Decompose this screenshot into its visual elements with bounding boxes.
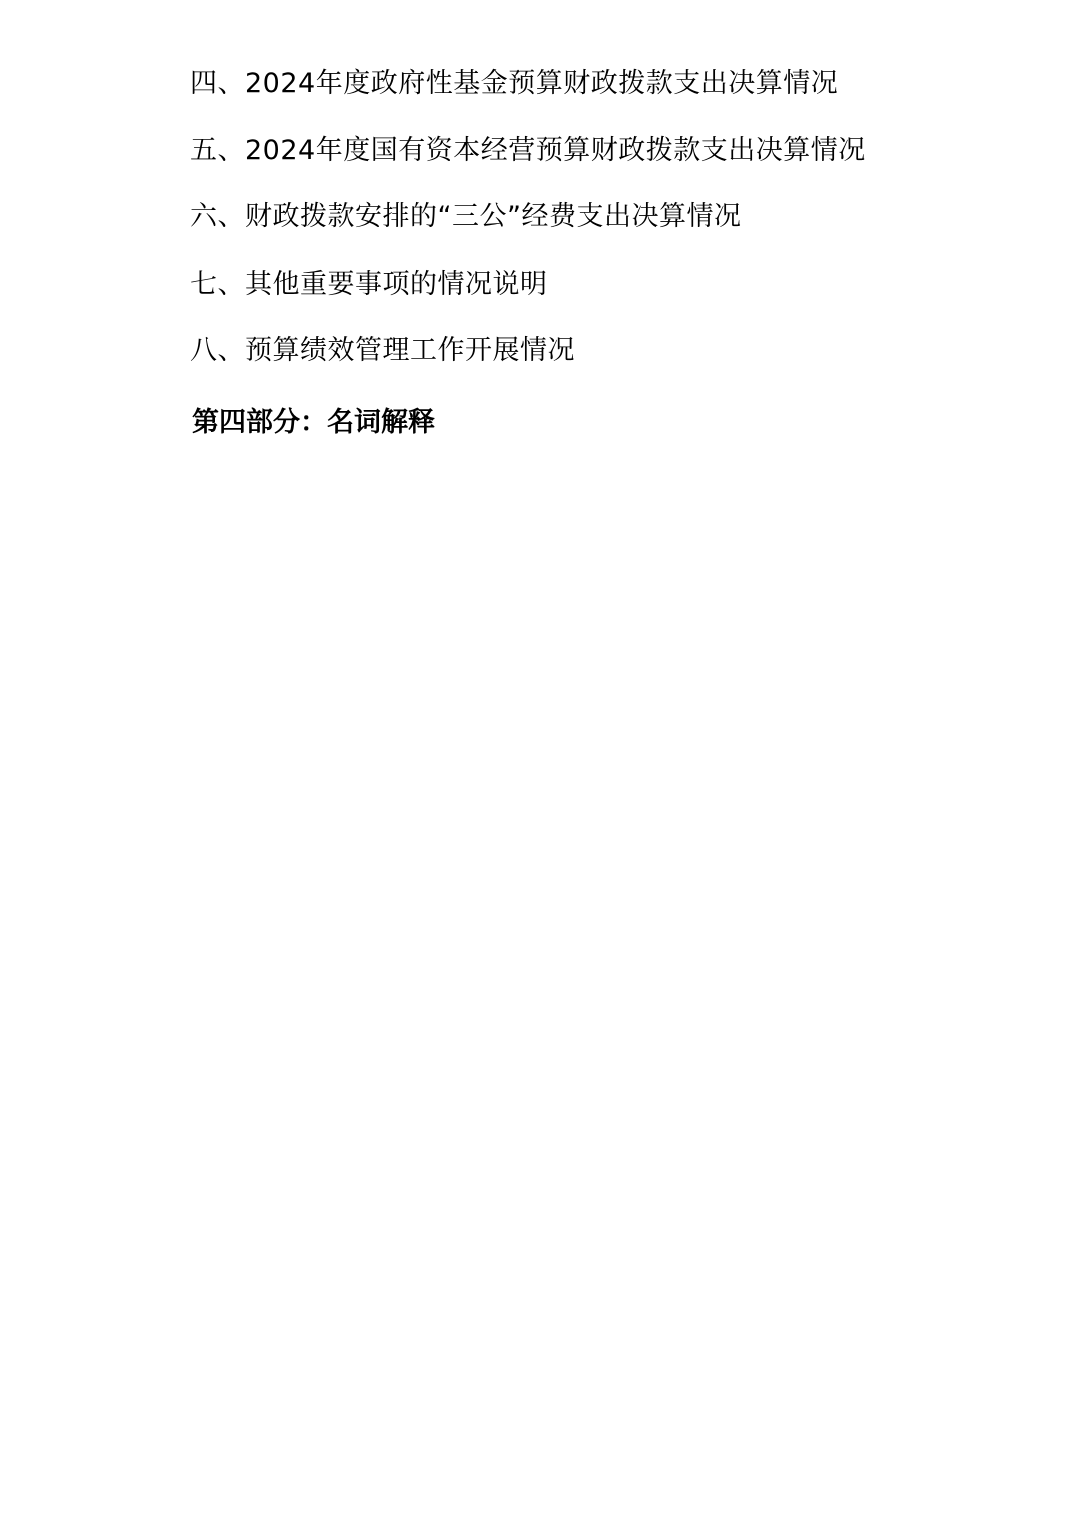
- toc-item-other-matters: 七、其他重要事项的情况说明: [190, 268, 548, 302]
- section-heading-glossary: 第四部分：名词解释: [192, 406, 435, 440]
- toc-item-government-fund: 四、2024年度政府性基金预算财政拨款支出决算情况: [190, 67, 838, 101]
- toc-item-three-public-expenses: 六、财政拨款安排的“三公”经费支出决算情况: [190, 200, 741, 234]
- document-page: 四、2024年度政府性基金预算财政拨款支出决算情况 五、2024年度国有资本经营…: [0, 0, 1074, 1520]
- toc-item-state-capital: 五、2024年度国有资本经营预算财政拨款支出决算情况: [190, 134, 866, 168]
- toc-item-performance-management: 八、预算绩效管理工作开展情况: [190, 334, 575, 368]
